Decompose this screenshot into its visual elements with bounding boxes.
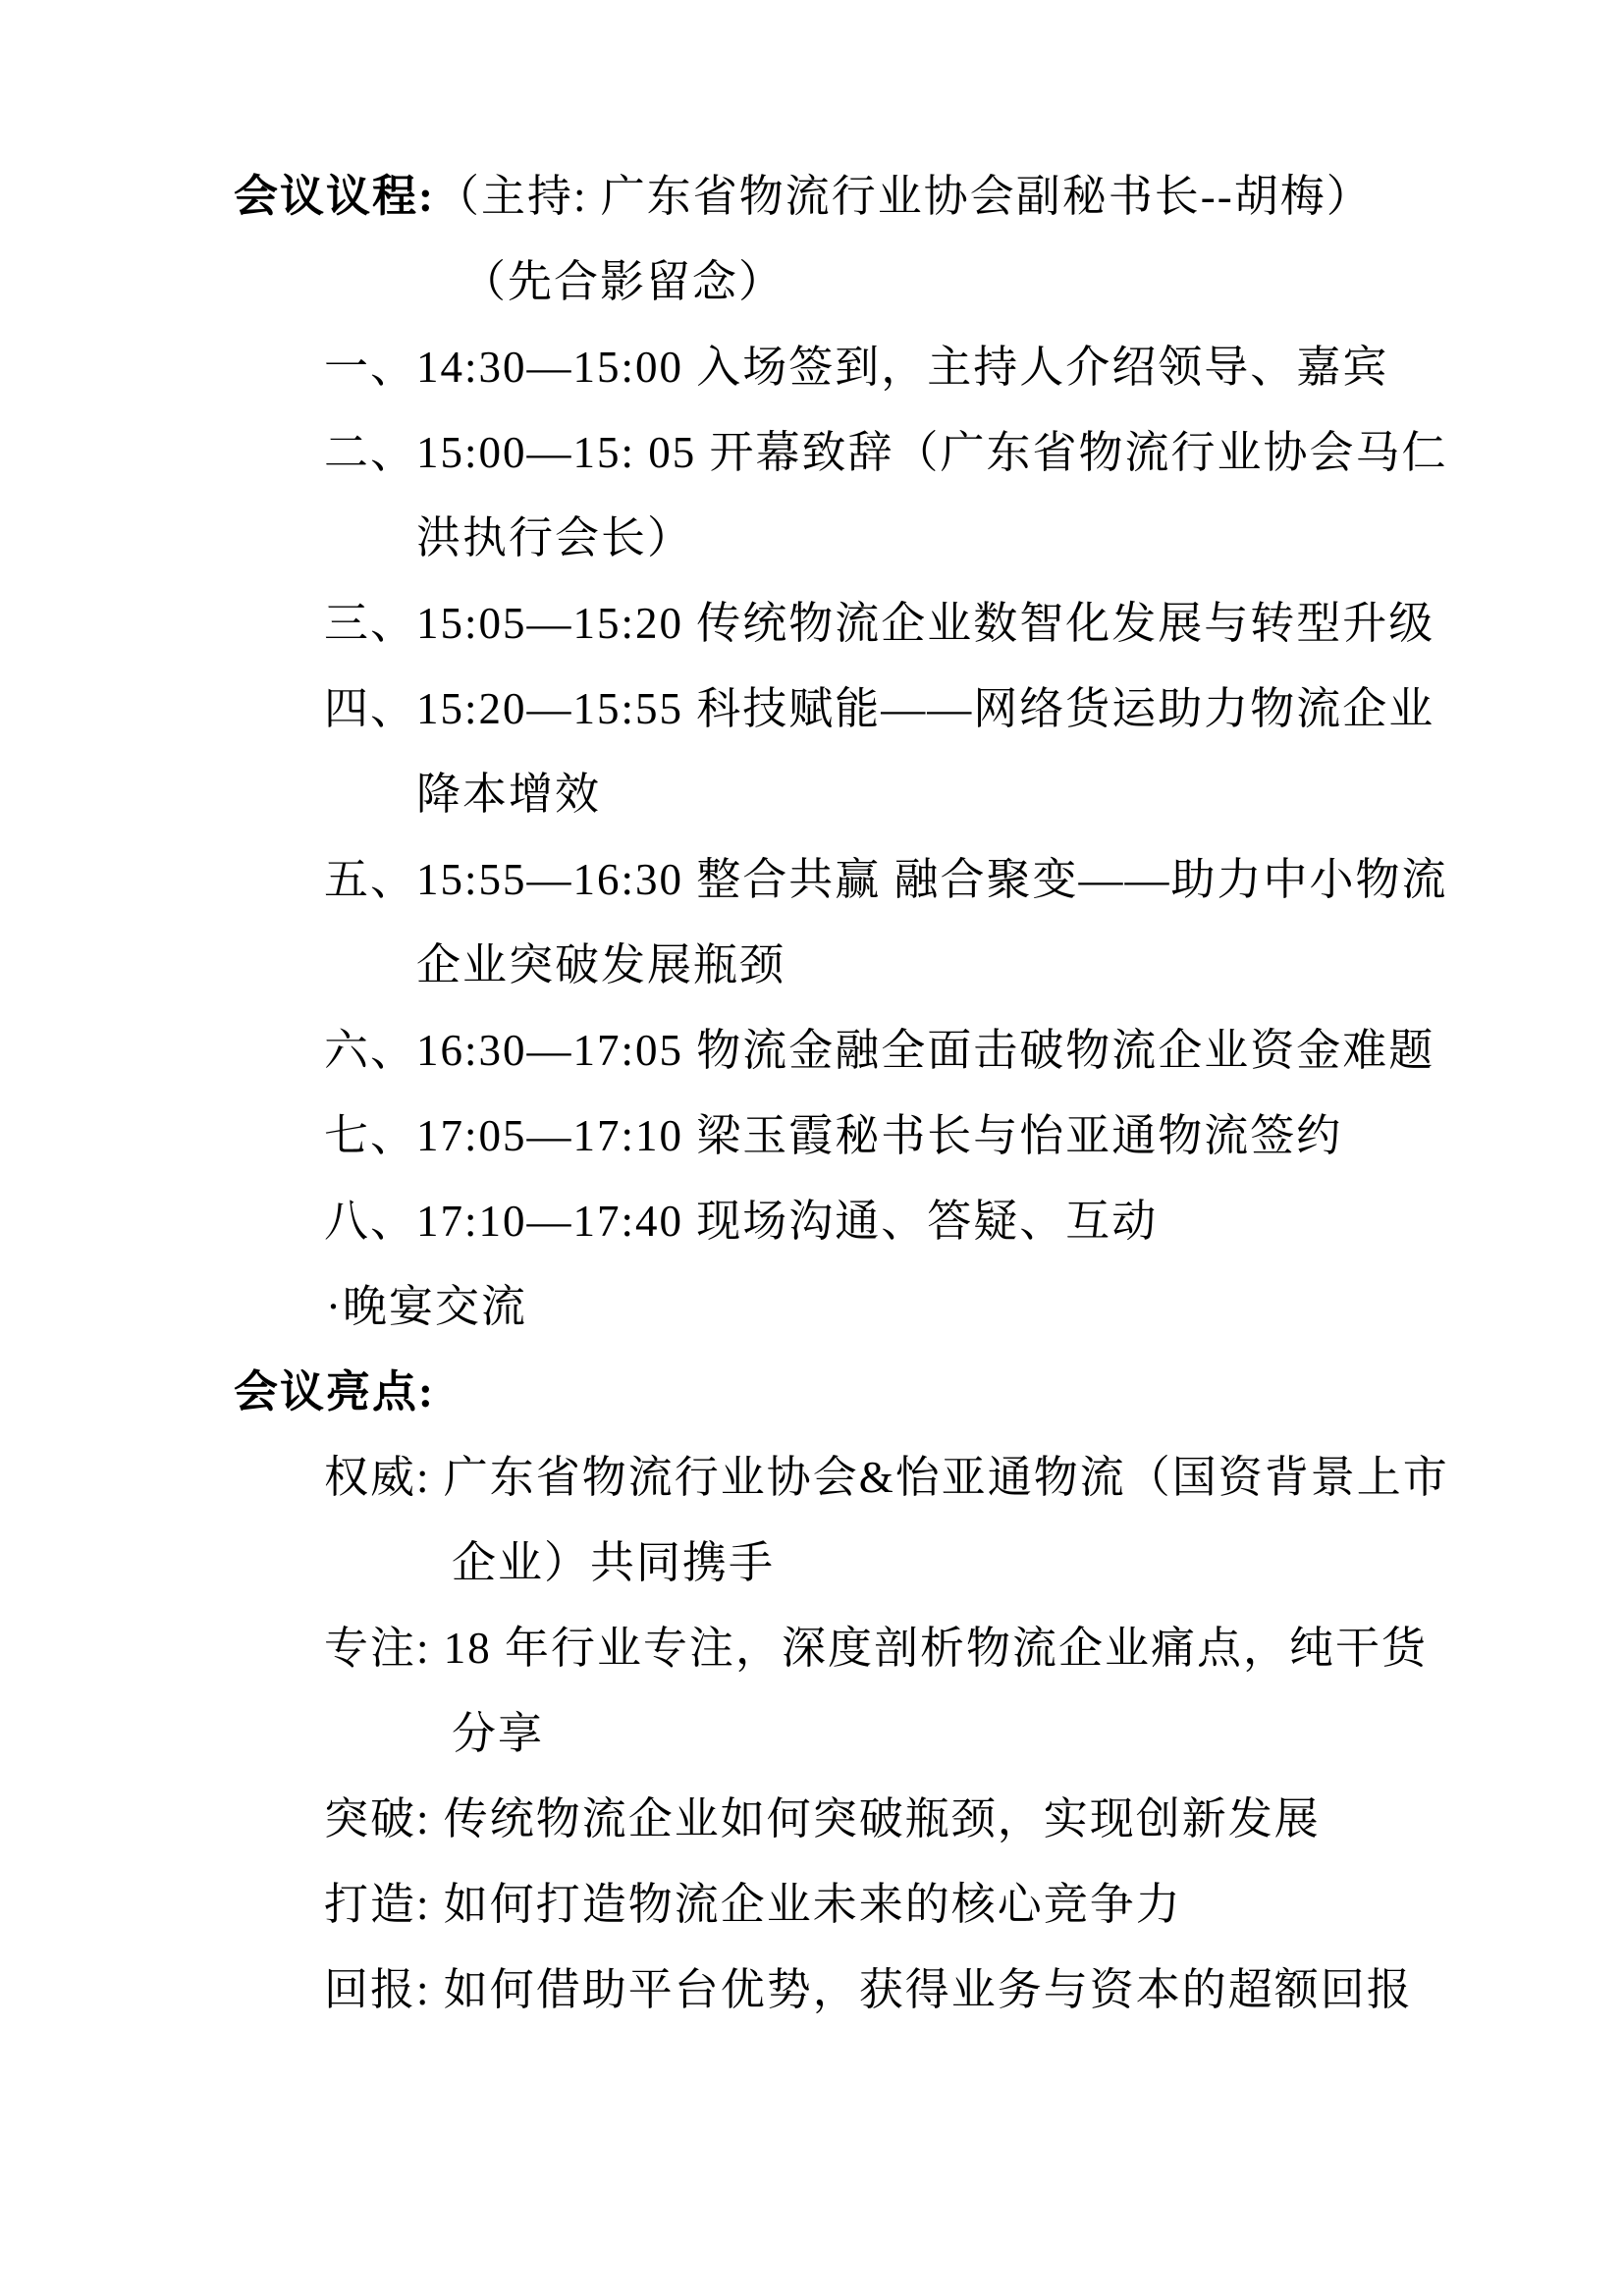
agenda-item-7: 七、17:05—17:10 梁玉霞秘书长与怡亚通物流签约 xyxy=(0,1094,1624,1179)
agenda-item-5: 五、15:55—16:30 整合共赢 融合聚变——助力中小物流 xyxy=(0,837,1624,923)
agenda-item-1: 一、14:30—15:00 入场签到，主持人介绍领导、嘉宾 xyxy=(0,325,1624,410)
highlight-focus-continuation: 分享 xyxy=(0,1691,1624,1777)
highlight-authority-continuation: 企业）共同携手 xyxy=(0,1521,1624,1606)
agenda-item-5-continuation: 企业突破发展瓶颈 xyxy=(0,923,1624,1008)
agenda-heading: 会议议程: xyxy=(234,172,435,221)
agenda-host-note: （主持: 广东省物流行业协会副秘书长--胡梅） xyxy=(435,172,1373,221)
agenda-item-8: 八、17:10—17:40 现场沟通、答疑、互动 xyxy=(0,1179,1624,1264)
agenda-item-2-continuation: 洪执行会长） xyxy=(0,496,1624,581)
highlight-return: 回报: 如何借助平台优势，获得业务与资本的超额回报 xyxy=(0,1948,1624,2033)
highlights-heading: 会议亮点: xyxy=(0,1350,1624,1435)
highlight-build: 打造: 如何打造物流企业未来的核心竞争力 xyxy=(0,1862,1624,1948)
dinner-note: ·晚宴交流 xyxy=(0,1264,1624,1350)
highlight-authority: 权威: 广东省物流行业协会&怡亚通物流（国资背景上市 xyxy=(0,1435,1624,1521)
highlight-focus: 专注: 18 年行业专注，深度剖析物流企业痛点，纯干货 xyxy=(0,1606,1624,1691)
agenda-item-4: 四、15:20—15:55 科技赋能——网络货运助力物流企业 xyxy=(0,667,1624,752)
document-page: 会议议程:（主持: 广东省物流行业协会副秘书长--胡梅） （先合影留念） 一、1… xyxy=(0,0,1624,2296)
agenda-item-2: 二、15:00—15: 05 开幕致辞（广东省物流行业协会马仁 xyxy=(0,410,1624,496)
agenda-item-4-continuation: 降本增效 xyxy=(0,752,1624,837)
agenda-title-line: 会议议程:（主持: 广东省物流行业协会副秘书长--胡梅） xyxy=(0,154,1624,240)
highlight-breakthrough: 突破: 传统物流企业如何突破瓶颈，实现创新发展 xyxy=(0,1777,1624,1862)
agenda-item-3: 三、15:05—15:20 传统物流企业数智化发展与转型升级 xyxy=(0,581,1624,667)
agenda-item-6: 六、16:30—17:05 物流金融全面击破物流企业资金难题 xyxy=(0,1008,1624,1094)
photo-note: （先合影留念） xyxy=(0,240,1624,325)
